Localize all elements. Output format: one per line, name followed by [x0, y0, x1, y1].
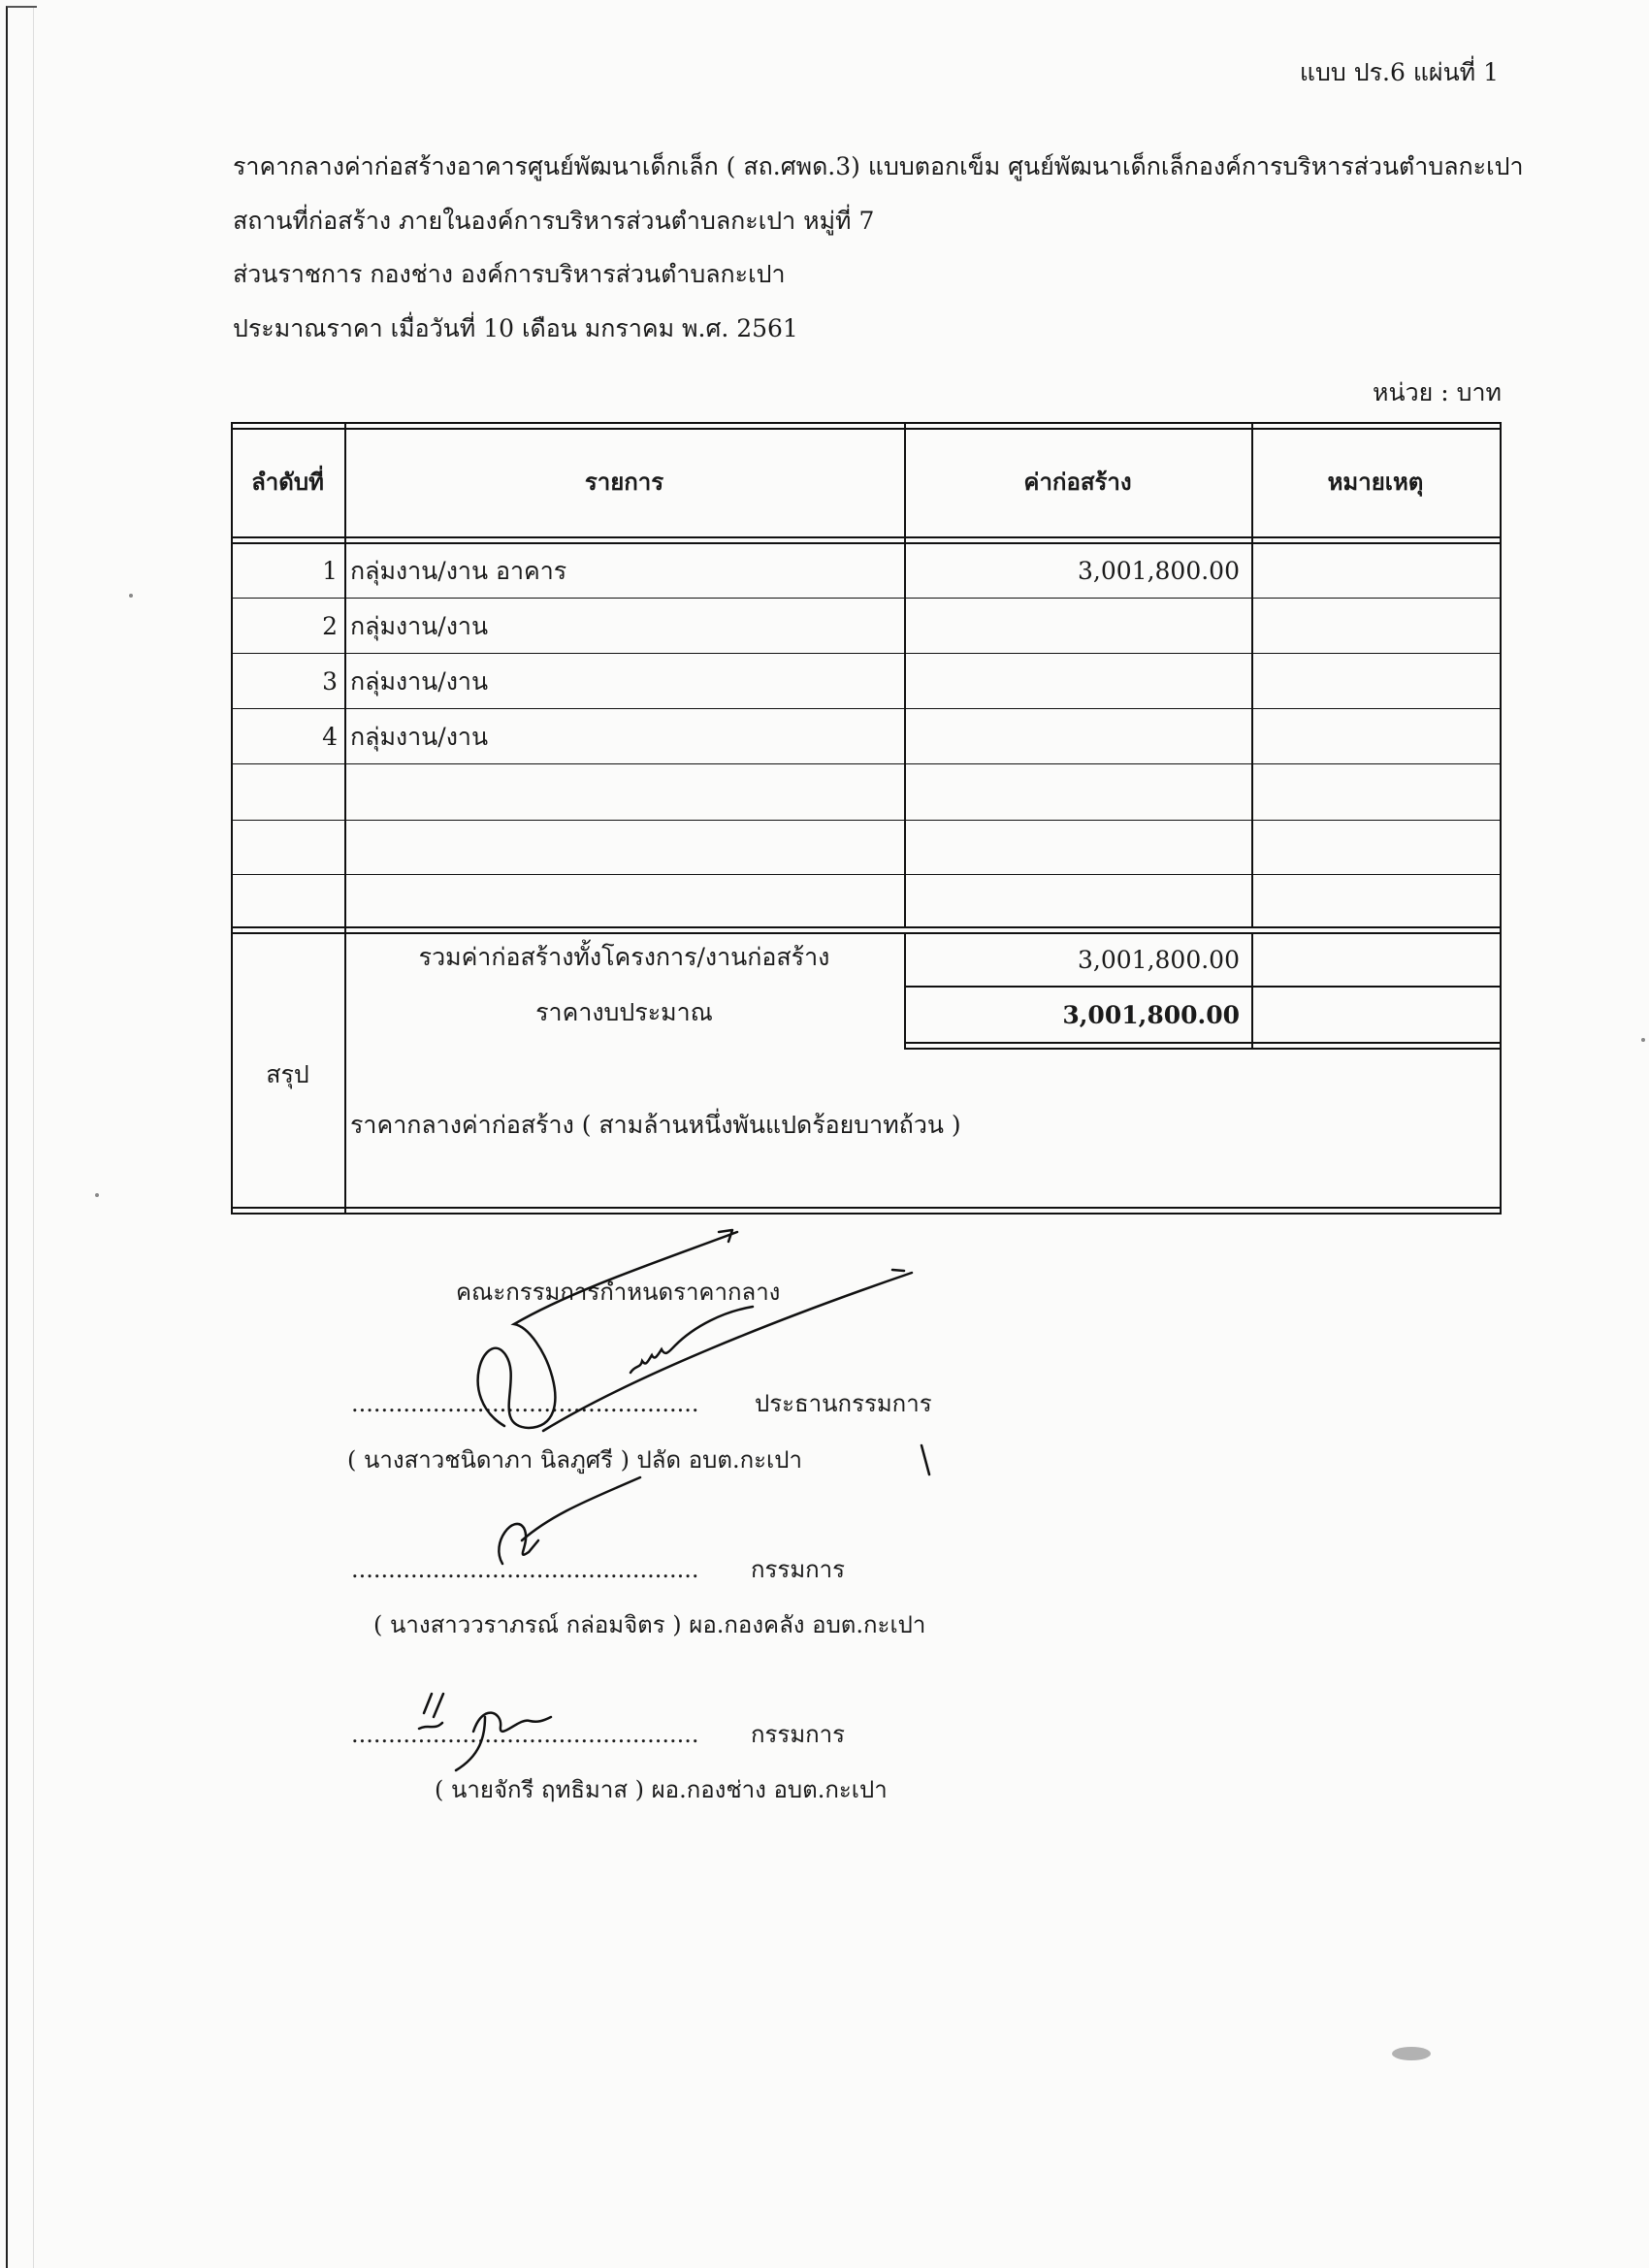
- scan-speck: [95, 1193, 99, 1197]
- scan-speck: [129, 594, 133, 598]
- handwritten-signatures: [0, 0, 1649, 2268]
- scan-smudge: [1392, 2047, 1431, 2060]
- scan-speck: [1641, 1038, 1645, 1042]
